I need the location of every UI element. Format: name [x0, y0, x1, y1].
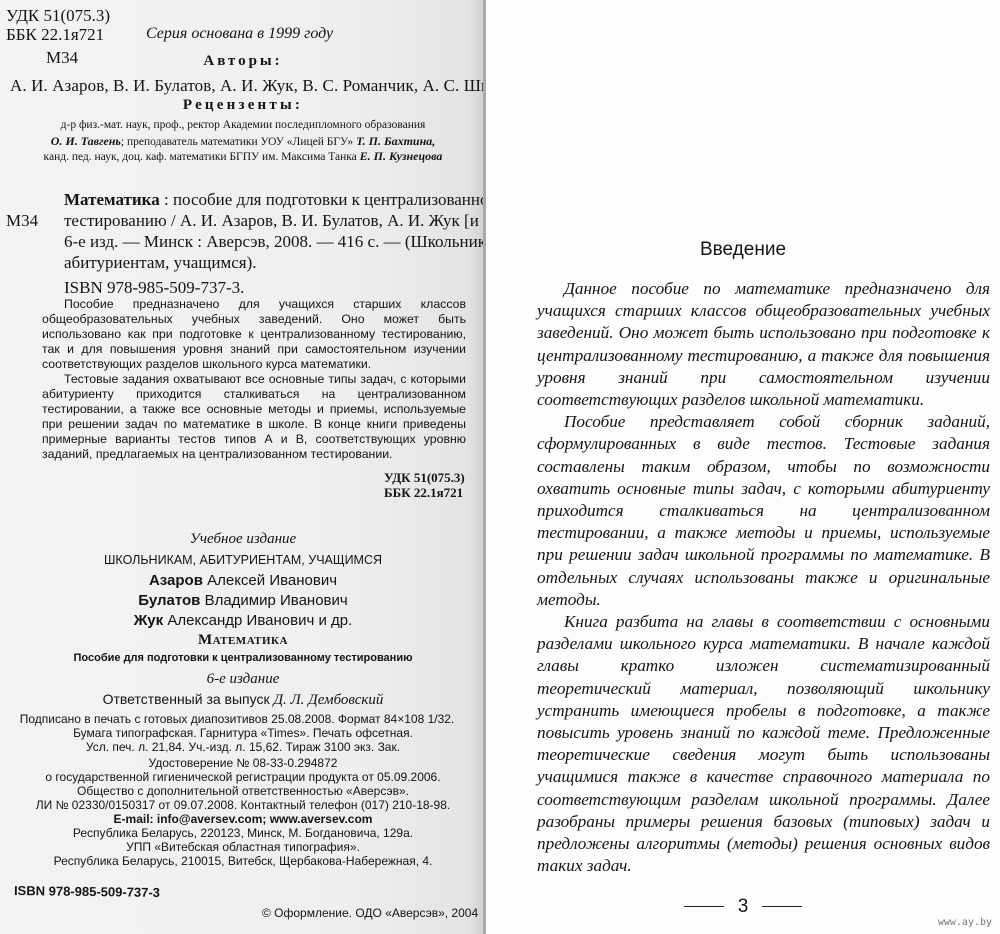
authors-heading: Авторы:	[0, 53, 486, 70]
reviewer-line-1: д-р физ.-мат. наук, проф., ректор Академ…	[0, 119, 486, 131]
colophon-author-2: Булатов Владимир Иванович	[0, 592, 486, 609]
colophon-subtitle: Пособие для подготовки к централизованно…	[0, 652, 486, 664]
udk-bbk-right: УДК 51(075.3) ББК 22.1я721	[384, 470, 465, 500]
contact-email-web: E-mail: info@aversev.com; www.aversev.co…	[0, 812, 486, 826]
page-number: 3	[486, 896, 1000, 918]
series-note: Серия основана в 1999 году	[146, 25, 333, 43]
reviewer-name: Т. П. Бахтина,	[356, 134, 435, 148]
print-line: Подписано в печать с готовых диапозитиво…	[0, 712, 480, 726]
print-line: о государственной гигиенической регистра…	[0, 770, 486, 784]
annotation: Пособие предназначено для учащихся старш…	[42, 297, 466, 462]
catalog-title: Математика	[64, 190, 160, 209]
isbn-bottom: ISBN 978-985-509-737-3	[14, 883, 160, 900]
catalog-card-line-1: Математика : пособие для подготовки к це…	[64, 190, 507, 210]
reviewer-line-3: канд. пед. наук, доц. каф. математики БГ…	[0, 149, 486, 164]
catalog-isbn: ISBN 978-985-509-737-3.	[64, 278, 244, 298]
colophon-author-1: Азаров Алексей Иванович	[0, 572, 486, 589]
introduction-paragraph: Данное пособие по математике предназначе…	[537, 278, 990, 411]
introduction-paragraph: Пособие представляет собой сборник задан…	[537, 411, 990, 611]
responsible-editor: Ответственный за выпуск Д. Л. Дембовский	[0, 691, 486, 709]
introduction-paragraph: Книга разбита на главы в соответствии с …	[537, 611, 990, 877]
reviewer-line-2: О. И. Тавгень; преподаватель математики …	[0, 134, 486, 149]
watermark: www.ay.by	[938, 917, 992, 928]
udk-code: УДК 51(075.3)	[6, 6, 110, 25]
colophon-edition: 6-е издание	[0, 671, 486, 688]
left-page-copyright: УДК 51(075.3) ББК 22.1я721 М34 Серия осн…	[0, 0, 486, 934]
print-line: Республика Беларусь, 210015, Витебск, Ще…	[0, 854, 486, 868]
catalog-card-line-2: тестированию / А. И. Азаров, В. И. Булат…	[64, 211, 536, 231]
introduction-heading: Введение	[486, 239, 1000, 261]
reviewer-name: О. И. Тавгень	[51, 134, 121, 148]
colophon-title: Математика	[0, 632, 486, 649]
print-line: УПП «Витебская областная типография».	[0, 840, 486, 854]
print-line: ЛИ № 02330/0150317 от 09.07.2008. Контак…	[0, 798, 486, 812]
print-line: Удостоверение № 08-33-0.294872	[0, 756, 486, 770]
reviewer-name: Е. П. Кузнецова	[360, 149, 443, 163]
udk-bbk-block: УДК 51(075.3) ББК 22.1я721	[6, 6, 110, 44]
catalog-card-line-4: абитуриентам, учащимся).	[64, 253, 257, 273]
page-number-dash	[684, 906, 724, 907]
series-name: ШКОЛЬНИКАМ, АБИТУРИЕНТАМ, УЧАЩИМСЯ	[0, 553, 486, 567]
catalog-author-mark: М34	[6, 211, 38, 231]
authors-list: А. И. Азаров, В. И. Булатов, А. И. Жук, …	[10, 76, 514, 96]
page-number-dash	[762, 906, 802, 907]
colophon-author-3: Жук Александр Иванович и др.	[0, 612, 486, 629]
print-line: Бумага типографская. Гарнитура «Times». …	[0, 726, 486, 740]
copyright-note: © Оформление. ОДО «Аверсэв», 2004	[262, 906, 478, 920]
annotation-paragraph: Тестовые задания охватывают все основные…	[42, 372, 466, 462]
print-line: Общество с дополнительной ответственност…	[0, 784, 486, 798]
annotation-paragraph: Пособие предназначено для учащихся старш…	[42, 297, 466, 372]
reviewers-heading: Рецензенты:	[0, 97, 486, 114]
bbk-code: ББК 22.1я721	[6, 25, 110, 44]
introduction-body: Данное пособие по математике предназначе…	[537, 278, 990, 877]
print-line: Усл. печ. л. 21,84. Уч.-изд. л. 15,62. Т…	[0, 740, 486, 754]
edition-type: Учебное издание	[0, 531, 486, 548]
print-line: Республика Беларусь, 220123, Минск, М. Б…	[0, 826, 486, 840]
catalog-card-line-3: 6-е изд. — Минск : Аверсэв, 2008. — 416 …	[64, 232, 508, 252]
